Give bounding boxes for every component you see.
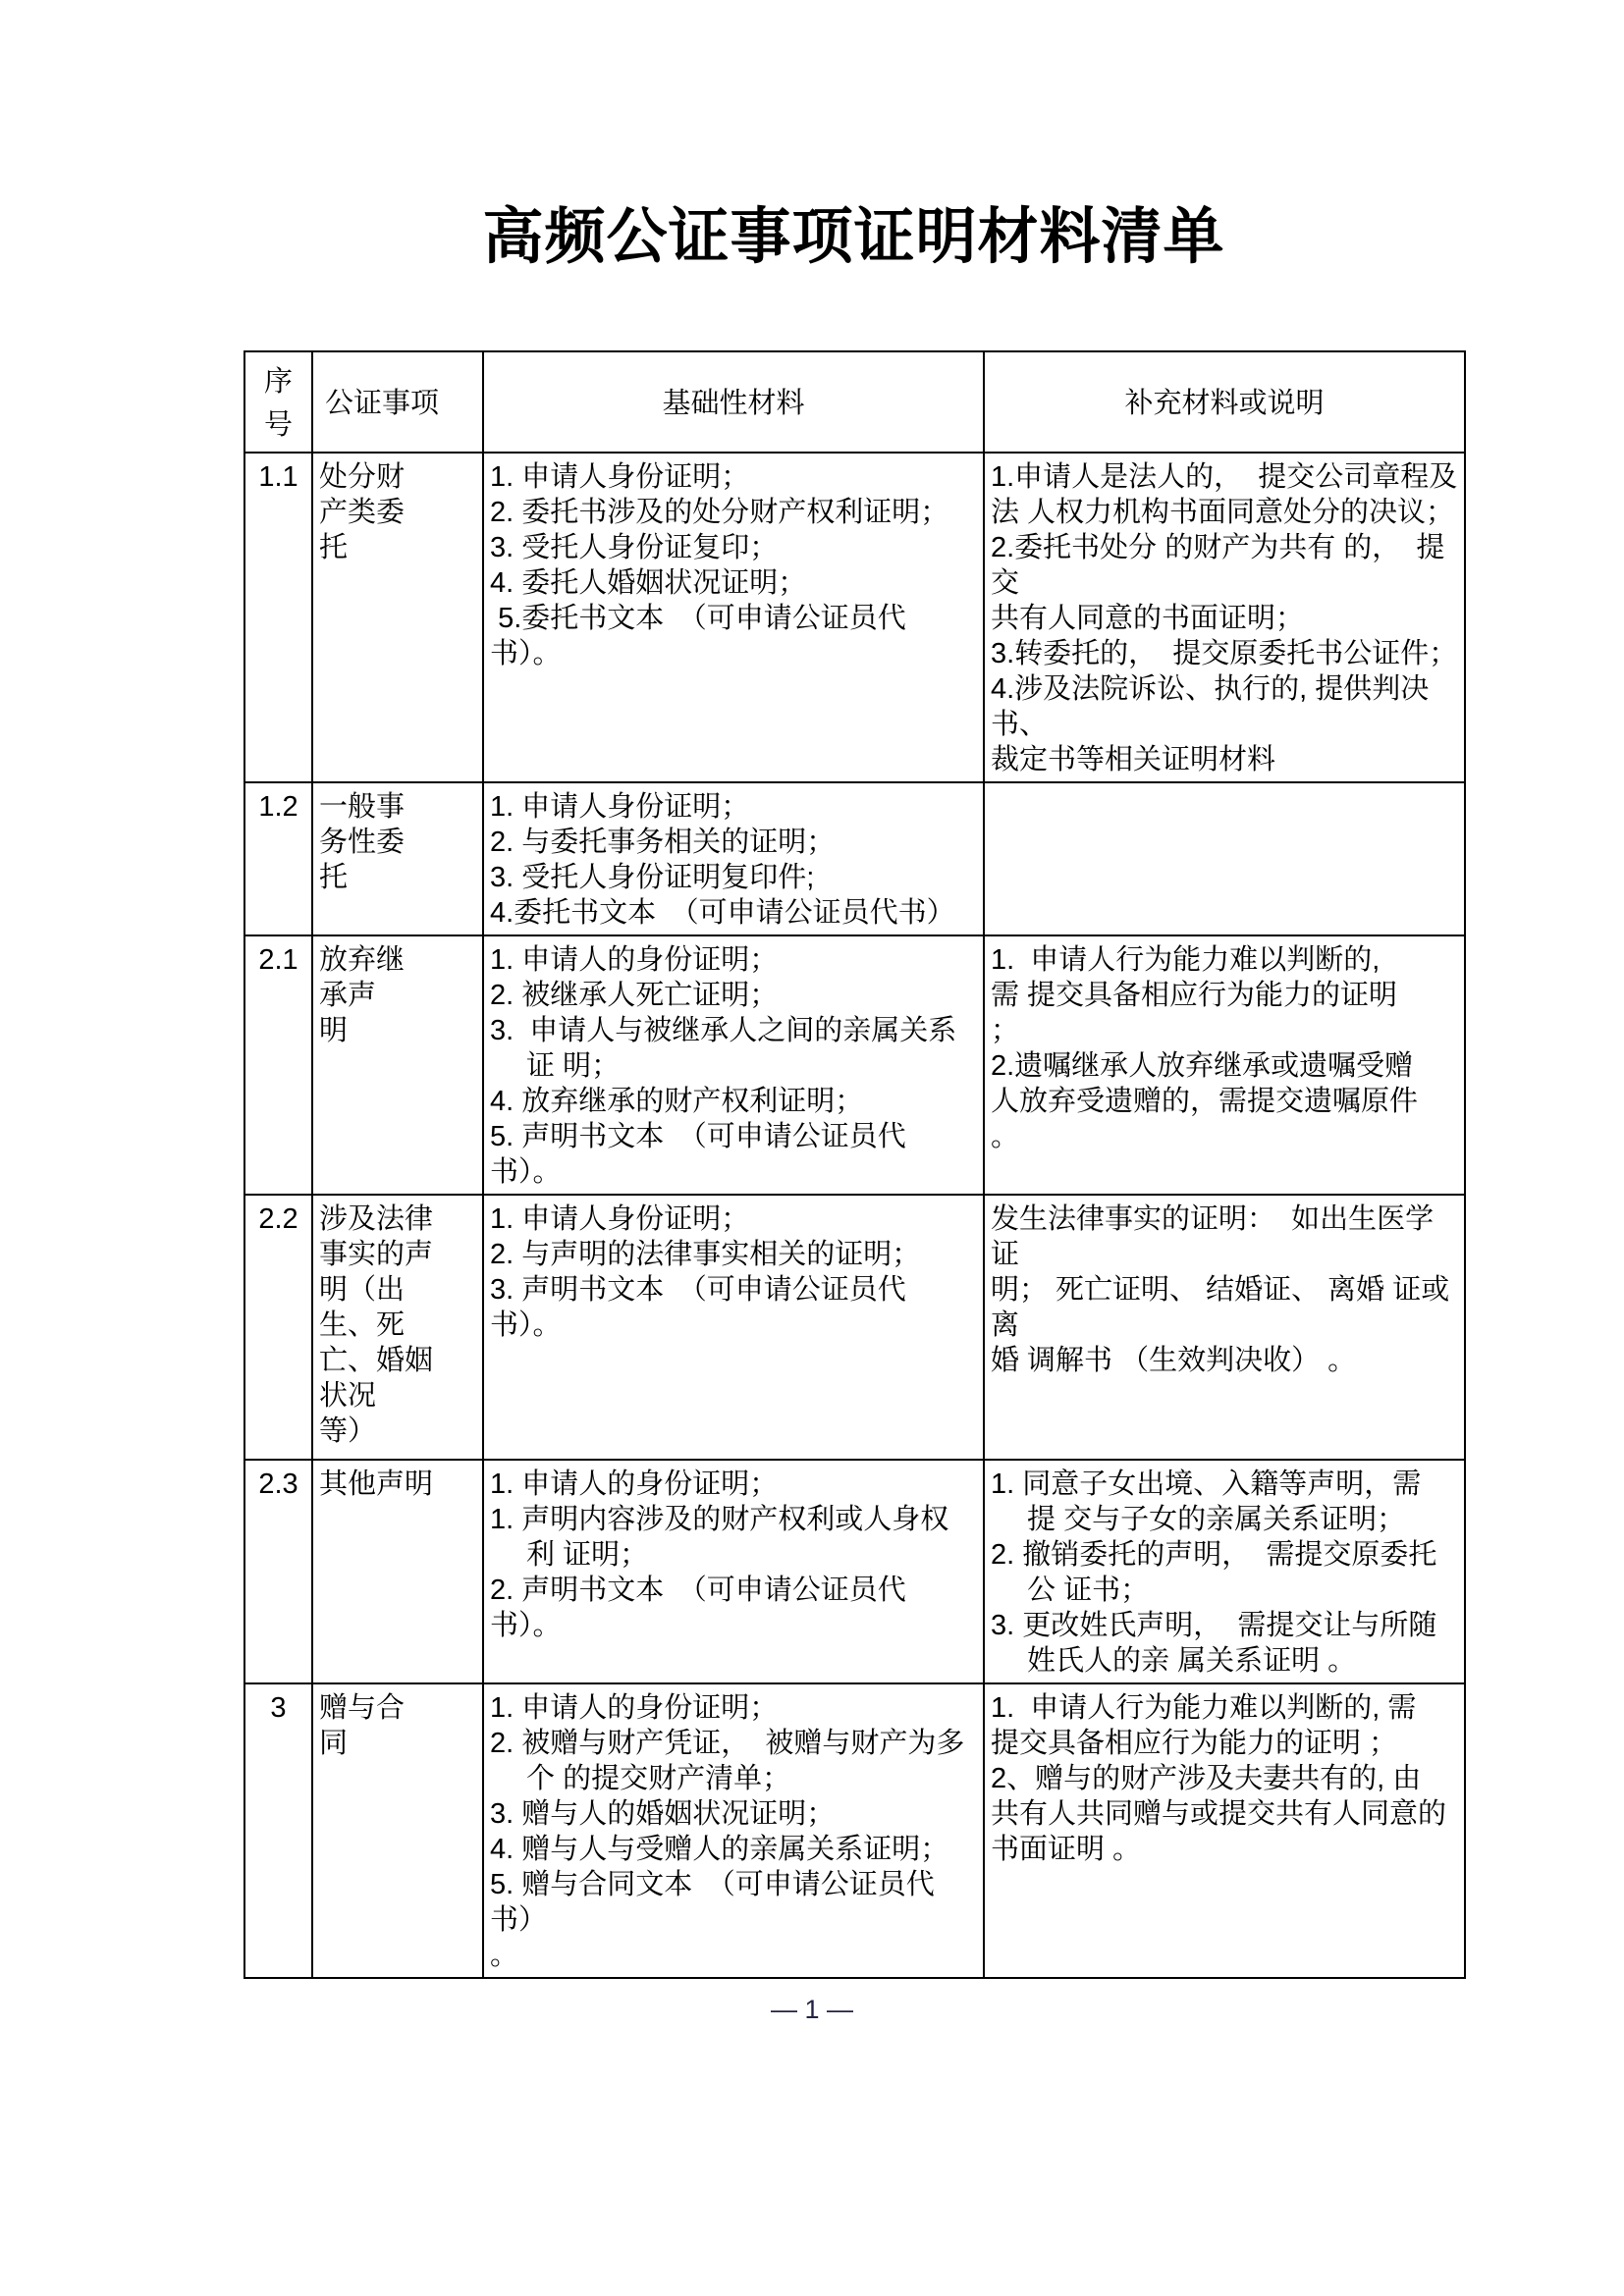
cell-item: 涉及法律 事实的声 明（出 生、死 亡、婚姻 状况 等） bbox=[312, 1195, 483, 1460]
table-row: 2.3 其他声明 1. 申请人的身份证明； 1. 声明内容涉及的财产权利或人身权… bbox=[244, 1460, 1465, 1683]
cell-no: 3 bbox=[244, 1683, 312, 1978]
cell-item: 放弃继 承声 明 bbox=[312, 935, 483, 1195]
cell-basic: 1. 申请人身份证明； 2. 与委托事务相关的证明； 3. 受托人身份证明复印件… bbox=[483, 782, 984, 935]
table-row: 1.1 处分财 产类委 托 1. 申请人身份证明； 2. 委托书涉及的处分财产权… bbox=[244, 453, 1465, 782]
document-content: 高频公证事项证明材料清单 序 号 公证事项 基础性材料 补充材料或说明 1.1 … bbox=[244, 0, 1464, 2026]
table-row: 3 赠与合 同 1. 申请人的身份证明； 2. 被赠与财产凭证， 被赠与财产为多… bbox=[244, 1683, 1465, 1978]
header-no: 序 号 bbox=[244, 351, 312, 453]
cell-no: 1.1 bbox=[244, 453, 312, 782]
cell-basic: 1. 申请人的身份证明； 1. 声明内容涉及的财产权利或人身权 利 证明； 2.… bbox=[483, 1460, 984, 1683]
cell-item: 一般事 务性委 托 bbox=[312, 782, 483, 935]
table-row: 1.2 一般事 务性委 托 1. 申请人身份证明； 2. 与委托事务相关的证明；… bbox=[244, 782, 1465, 935]
cell-supplement: 1. 申请人行为能力难以判断的, 需 提交具备相应行为能力的证明 ； 2、赠与的… bbox=[984, 1683, 1465, 1978]
notary-materials-table: 序 号 公证事项 基础性材料 补充材料或说明 1.1 处分财 产类委 托 1. … bbox=[244, 350, 1466, 1979]
table-row: 2.1 放弃继 承声 明 1. 申请人的身份证明； 2. 被继承人死亡证明； 3… bbox=[244, 935, 1465, 1195]
header-supplement: 补充材料或说明 bbox=[984, 351, 1465, 453]
cell-basic: 1. 申请人身份证明； 2. 委托书涉及的处分财产权利证明； 3. 受托人身份证… bbox=[483, 453, 984, 782]
cell-supplement: 1. 申请人行为能力难以判断的, 需 提交具备相应行为能力的证明 ； 2.遗嘱继… bbox=[984, 935, 1465, 1195]
cell-basic: 1. 申请人的身份证明； 2. 被赠与财产凭证， 被赠与财产为多 个 的提交财产… bbox=[483, 1683, 984, 1978]
cell-supplement: 1. 同意子女出境、入籍等声明，需 提 交与子女的亲属关系证明； 2. 撤销委托… bbox=[984, 1460, 1465, 1683]
cell-no: 2.3 bbox=[244, 1460, 312, 1683]
cell-supplement: 1.申请人是法人的， 提交公司章程及 法 人权力机构书面同意处分的决议； 2.委… bbox=[984, 453, 1465, 782]
table-row: 2.2 涉及法律 事实的声 明（出 生、死 亡、婚姻 状况 等） 1. 申请人身… bbox=[244, 1195, 1465, 1460]
header-item: 公证事项 bbox=[312, 351, 483, 453]
cell-supplement bbox=[984, 782, 1465, 935]
cell-no: 1.2 bbox=[244, 782, 312, 935]
cell-item: 其他声明 bbox=[312, 1460, 483, 1683]
cell-supplement: 发生法律事实的证明： 如出生医学证 明； 死亡证明、 结婚证、 离婚 证或离 婚… bbox=[984, 1195, 1465, 1460]
cell-item: 处分财 产类委 托 bbox=[312, 453, 483, 782]
cell-basic: 1. 申请人身份证明； 2. 与声明的法律事实相关的证明； 3. 声明书文本 （… bbox=[483, 1195, 984, 1460]
cell-no: 2.1 bbox=[244, 935, 312, 1195]
header-basic: 基础性材料 bbox=[483, 351, 984, 453]
cell-no: 2.2 bbox=[244, 1195, 312, 1460]
cell-basic: 1. 申请人的身份证明； 2. 被继承人死亡证明； 3. 申请人与被继承人之间的… bbox=[483, 935, 984, 1195]
page-number: — 1 — bbox=[0, 1993, 1624, 2026]
document-page: 高频公证事项证明材料清单 序 号 公证事项 基础性材料 补充材料或说明 1.1 … bbox=[0, 0, 1624, 2296]
table-header-row: 序 号 公证事项 基础性材料 补充材料或说明 bbox=[244, 351, 1465, 453]
cell-item: 赠与合 同 bbox=[312, 1683, 483, 1978]
page-title: 高频公证事项证明材料清单 bbox=[244, 193, 1464, 282]
